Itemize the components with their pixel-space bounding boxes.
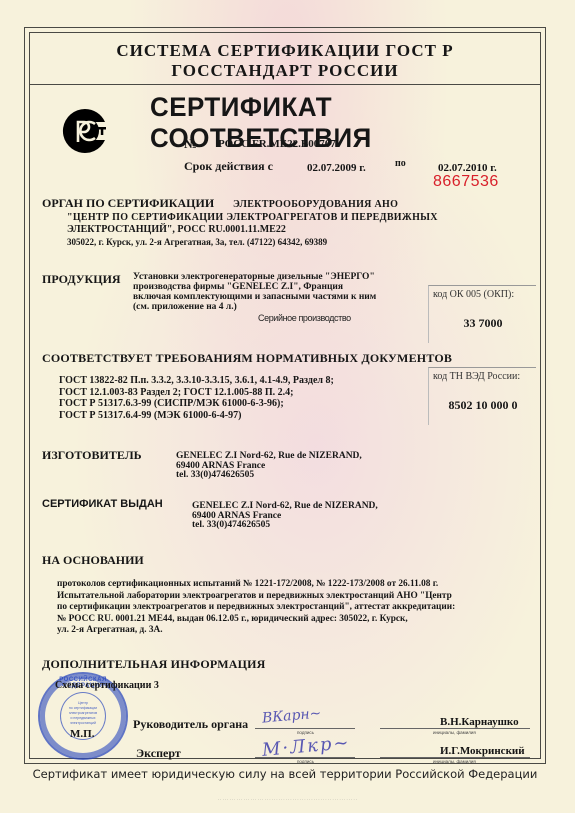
expert-name: И.Г.Мокринский (440, 745, 525, 757)
issued-to-line: tel. 33(0)474626505 (192, 521, 378, 531)
conformity-label: СООТВЕТСТВУЕТ ТРЕБОВАНИЯМ НОРМАТИВНЫХ ДО… (42, 351, 452, 366)
valid-from-date: 02.07.2009 г. (307, 162, 366, 174)
name-caption: инициалы, фамилия (433, 730, 476, 735)
basis-text: протоколов сертификационных испытаний № … (57, 579, 537, 637)
certificate-number: РОСС FR.МЕ22.В00767 (218, 138, 336, 150)
expert-label: Эксперт (136, 746, 181, 761)
header-agency-title: ГОССТАНДАРТ РОССИИ (29, 61, 541, 81)
certification-body-line: ЭЛЕКТРООБОРУДОВАНИЯ АНО (233, 199, 398, 210)
basis-line: Испытательной лаборатории электроагрегат… (57, 591, 537, 603)
product-line: Установки электрогенераторные дизельные … (133, 272, 393, 282)
product-line: включая комплектующими и запасными частя… (133, 292, 393, 302)
rst-logo-icon (62, 108, 108, 154)
header-system-title: СИСТЕМА СЕРТИФИКАЦИИ ГОСТ Р (29, 41, 541, 61)
product-description: Установки электрогенераторные дизельные … (133, 272, 393, 312)
certification-body-line: "ЦЕНТР ПО СЕРТИФИКАЦИИ ЭЛЕКТРОАГРЕГАТОВ … (67, 212, 487, 223)
signature-caption: подпись (297, 759, 314, 764)
printer-fine-print: · · · · · · · · · · · · · · · · · · · · … (60, 798, 515, 802)
signature-caption: подпись (297, 730, 314, 735)
product-line: (см. приложение на 4 л.) (133, 302, 393, 312)
certification-body-label: ОРГАН ПО СЕРТИФИКАЦИИ (42, 196, 214, 211)
okp-code-value: 33 7000 (429, 316, 537, 331)
seal-place-label: М.П. (70, 728, 94, 740)
certificate-header: СИСТЕМА СЕРТИФИКАЦИИ ГОСТ Р ГОССТАНДАРТ … (29, 32, 541, 85)
valid-to-label: по (395, 158, 406, 169)
tnved-code-value: 8502 10 000 0 (429, 398, 537, 413)
name-caption: инициалы, фамилия (433, 759, 476, 764)
basis-line: ул. 2-я Агрегатная, д. 3А. (57, 625, 537, 637)
tnved-code-box: код ТН ВЭД России: 8502 10 000 0 (428, 367, 536, 425)
blank-serial-number: 8667536 (433, 173, 499, 191)
certification-body-line: ЭЛЕКТРОСТАНЦИЙ", РОСС RU.0001.11.МЕ22 (67, 224, 286, 235)
issued-to-label: СЕРТИФИКАТ ВЫДАН (42, 498, 163, 510)
issued-to-address: GENELEC Z.I Nord-62, Rue de NIZERAND, 69… (192, 502, 378, 531)
legal-validity-note: Сертификат имеет юридическую силу на все… (29, 767, 541, 781)
name-line (380, 728, 530, 729)
standard-item: ГОСТ Р 51317.6.4-99 (МЭК 61000-6-4-97) (59, 410, 334, 422)
manufacturer-label: ИЗГОТОВИТЕЛЬ (42, 448, 142, 463)
name-line (380, 757, 530, 758)
tnved-code-label: код ТН ВЭД России: (433, 371, 520, 382)
standard-item: ГОСТ 13822-82 П.п. 3.3.2, 3.3.10-3.3.15,… (59, 375, 334, 387)
head-name: В.Н.Карнаушко (440, 716, 519, 728)
standards-list: ГОСТ 13822-82 П.п. 3.3.2, 3.3.10-3.3.15,… (59, 375, 334, 421)
product-label: ПРОДУКЦИЯ (42, 272, 121, 287)
product-line: производства фирмы "GENELEC Z.I", Франци… (133, 282, 393, 292)
manufacturer-address: GENELEC Z.I Nord-62, Rue de NIZERAND, 69… (176, 452, 362, 481)
additional-info-label: ДОПОЛНИТЕЛЬНАЯ ИНФОРМАЦИЯ (42, 657, 266, 672)
okp-code-box: код ОК 005 (ОКП): 33 7000 (428, 285, 536, 343)
production-type: Серийное производство (258, 313, 351, 323)
stamp-line: электростанций (61, 721, 105, 726)
basis-line: № РОСС RU. 0001.21 МЕ44, выдан 06.12.05 … (57, 614, 537, 626)
certification-body-address: 305022, г. Курск, ул. 2-я Агрегатная, 3а… (67, 237, 327, 248)
certificate-number-label: № (184, 136, 197, 152)
certification-scheme: Схема сертификации 3 (55, 680, 159, 691)
signature-line (255, 757, 355, 758)
signature-line (255, 728, 355, 729)
okp-code-label: код ОК 005 (ОКП): (433, 289, 514, 300)
basis-line: протоколов сертификационных испытаний № … (57, 579, 537, 591)
standard-item: ГОСТ 12.1.003-83 Раздел 2; ГОСТ 12.1.005… (59, 387, 334, 399)
head-of-body-label: Руководитель органа (133, 717, 248, 732)
validity-label: Срок действия с (184, 159, 273, 174)
manufacturer-line: tel. 33(0)474626505 (176, 471, 362, 481)
basis-line: по сертификации электроагрегатов и перед… (57, 602, 537, 614)
basis-label: НА ОСНОВАНИИ (42, 553, 144, 568)
standard-item: ГОСТ Р 51317.6.3-99 (СИСПР/МЭК 61000-6-3… (59, 398, 334, 410)
